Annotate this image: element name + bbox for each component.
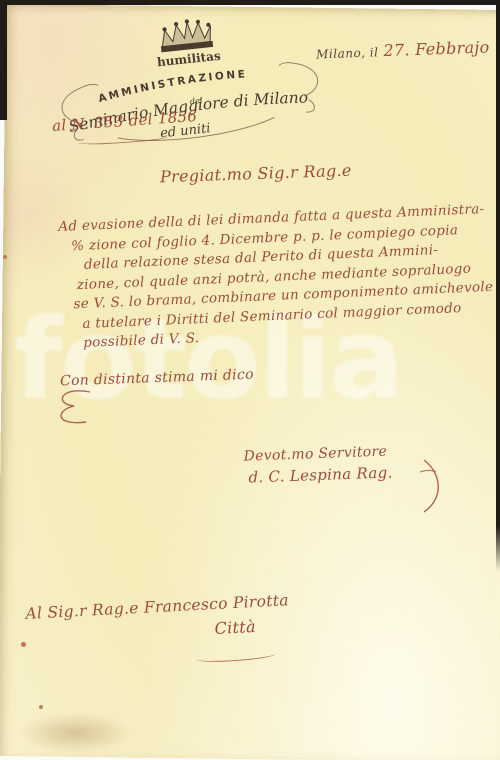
printed-place-label: Milano, il [316,45,379,61]
crown-icon [159,18,213,52]
scan-edge-right [496,0,500,572]
pen-flourish [420,458,446,520]
scan-edge-left [0,0,7,120]
letter-body: Ad evasione della di lei dimanda fatta a… [56,200,481,354]
scanned-letter: fotolia humilitas AMMINISTRAZIONE del Se… [0,0,500,760]
pen-flourish [52,388,98,436]
scan-edge-top [0,0,500,5]
address-line: Città [214,615,291,638]
signature-block: Devot.mo Servitore d. C. Lespina Rag. [243,443,393,486]
